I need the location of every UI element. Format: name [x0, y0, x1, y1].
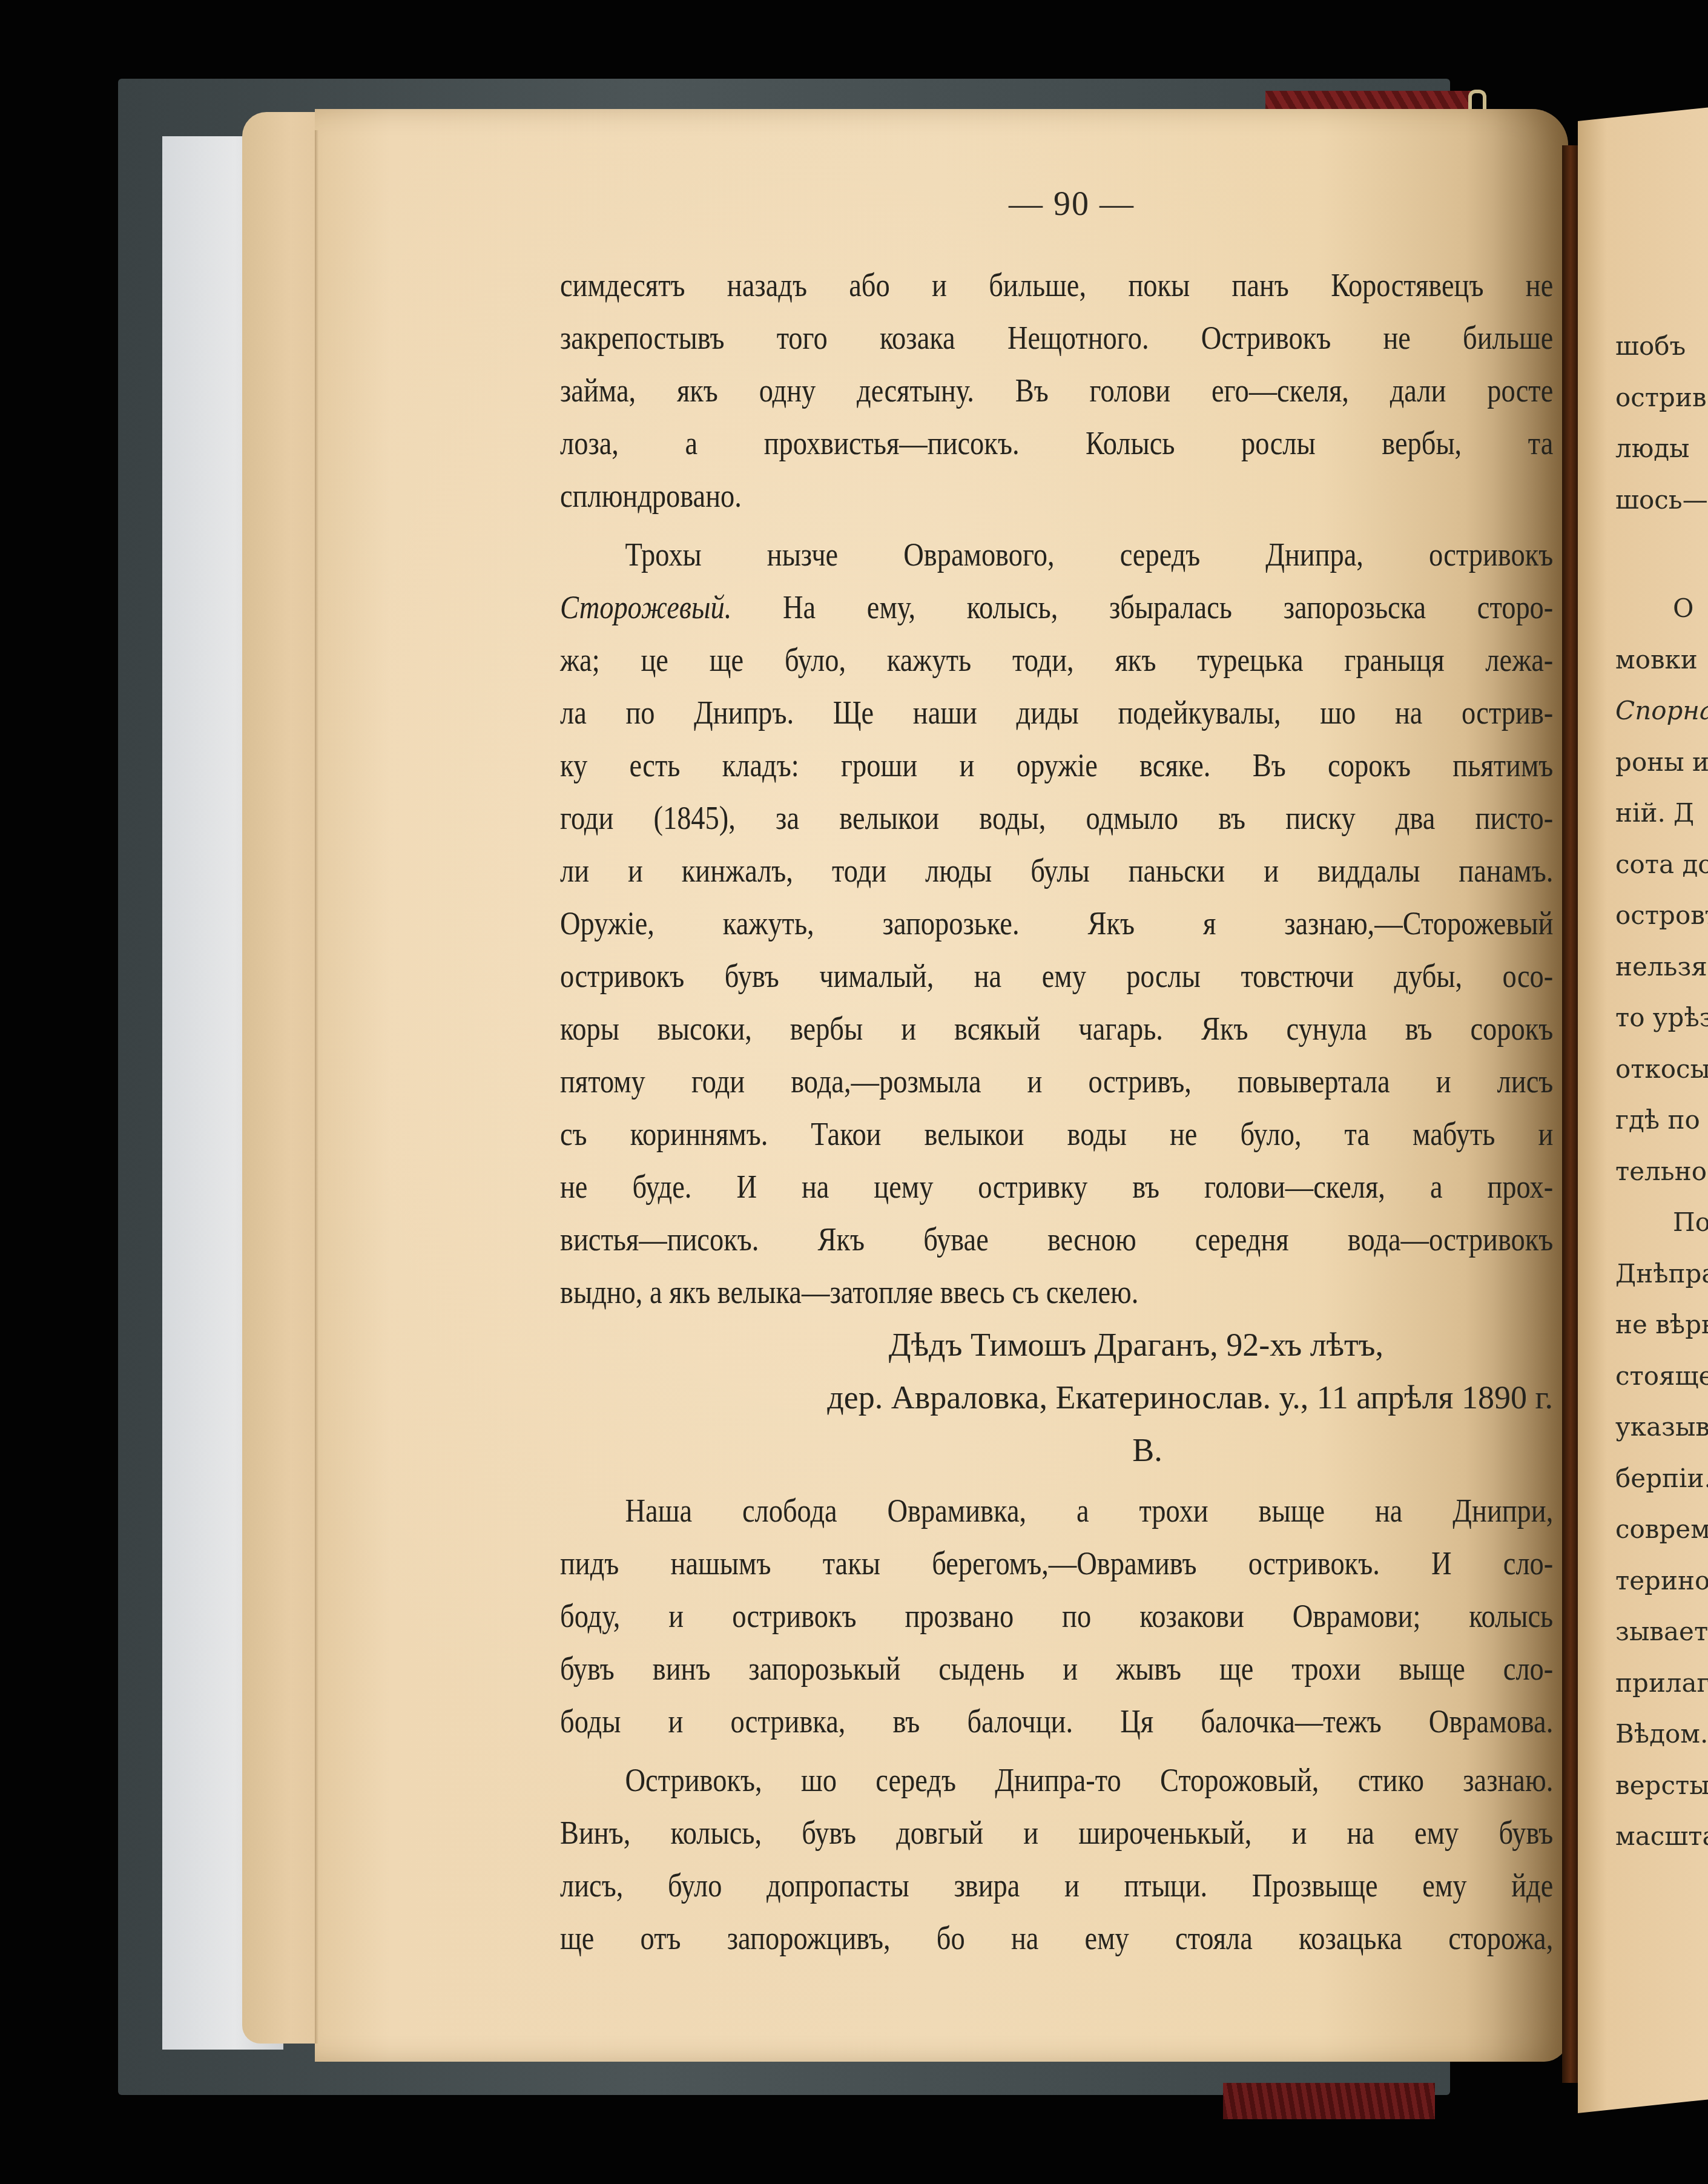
text-line: жа; це ще було, кажуть тоди, якъ турецьк… — [560, 634, 1553, 687]
fragment-line: откосы. — [1615, 1044, 1708, 1095]
fragment-line: гдѣ по — [1615, 1095, 1708, 1146]
text-line: не буде. И на цему остривку въ голови—ск… — [560, 1161, 1553, 1213]
fragment-line: островъ — [1615, 890, 1708, 942]
text-line: остривокъ бувъ чималый, на ему рослы тов… — [560, 950, 1553, 1003]
fragment-line: ній. Д — [1615, 788, 1708, 839]
fragment-line: версты, — [1615, 1760, 1708, 1812]
fragment-line: теринос — [1615, 1556, 1708, 1607]
section-heading: В. — [560, 1424, 1553, 1485]
paragraph-1: симдесятъ назадъ або и бильше, покы панъ… — [560, 259, 1553, 523]
paragraph-3: Наша слобода Оврамивка, а трохи выще на … — [560, 1485, 1553, 1748]
page-number: — 90 — — [981, 185, 1162, 223]
fragment-line: зываетъ — [1615, 1606, 1708, 1658]
spine-binding-bottom — [1223, 2083, 1435, 2119]
fragment-line: берпіи. — [1615, 1453, 1708, 1505]
fragment-line: сота до — [1615, 839, 1708, 891]
attribution-name: Дѣдъ Тимошъ Драганъ, 92-хъ лѣтъ, — [560, 1319, 1553, 1371]
text-line: лисъ, було допропасты звира и птыци. Про… — [560, 1859, 1553, 1912]
text-line: ла по Днипръ. Ще наши диды подейкувалы, … — [560, 687, 1553, 739]
fragment-line: стоящее — [1615, 1351, 1708, 1402]
text-line: боду, и остривокъ прозвано по козакови О… — [560, 1590, 1553, 1643]
text-line: симдесятъ назадъ або и бильше, покы панъ… — [560, 259, 1553, 312]
fragment-line: люды — [1615, 423, 1708, 475]
fragment-line: прилага — [1615, 1658, 1708, 1709]
fragment-line: нельзя — [1615, 942, 1708, 993]
text-line: ку есть кладъ: гроши и оружіе всяке. Въ … — [560, 739, 1553, 792]
fragment-line: то урѣз — [1615, 992, 1708, 1044]
paragraph-2: Трохы нызче Оврамового, середъ Днипра, о… — [560, 529, 1553, 1319]
text-line: годи (1845), за велыкои воды, одмыло въ … — [560, 792, 1553, 845]
text-line: бувъ винъ запорозькый сыдень и жывъ ще т… — [560, 1643, 1553, 1695]
fragment-line: масштаб — [1615, 1811, 1708, 1862]
fragment-line: По — [1615, 1197, 1708, 1249]
text-line: лоза, а прохвистья—писокъ. Колысь рослы … — [560, 417, 1553, 470]
text-line: пидъ нашымъ такы берегомъ,—Оврамивъ остр… — [560, 1537, 1553, 1590]
book-gutter — [1562, 145, 1579, 2083]
text-line: выдно, а якъ велыка—затопляе ввесь съ ск… — [560, 1266, 1553, 1319]
paragraph-4: Остривокъ, шо середъ Днипра-то Сторожовы… — [560, 1754, 1553, 1965]
fragment-line: шобъ — [1615, 321, 1708, 372]
fragment-line: тельнос — [1615, 1146, 1708, 1198]
fragment-line: острив — [1615, 372, 1708, 424]
page-text: симдесятъ назадъ або и бильше, покы панъ… — [560, 259, 1553, 1965]
text-line: боды и остривка, въ балочци. Ця балочка—… — [560, 1695, 1553, 1748]
text-line: вистья—писокъ. Якъ бувае весною середня … — [560, 1213, 1553, 1266]
text-line: Трохы нызче Оврамового, середъ Днипра, о… — [560, 529, 1553, 581]
text-line: пятому годи вода,—розмыла и остривъ, пов… — [560, 1055, 1553, 1108]
text-line: Винъ, колысь, бувъ довгый и широченькый,… — [560, 1807, 1553, 1859]
text-line-italic-start: Сторожевый. На ему, колысь, збыралась за… — [560, 581, 1553, 634]
fragment-line: совреме — [1615, 1504, 1708, 1556]
attribution-place-date: дер. Авраловка, Екатеринослав. у., 11 ап… — [560, 1371, 1553, 1424]
right-page-text-fragments: шобъ острив люды шось— О мовки Спорна ро… — [1615, 321, 1708, 1862]
fragment-line: указыва — [1615, 1402, 1708, 1453]
text-line: съ кориннямъ. Такои велыкои воды не було… — [560, 1108, 1553, 1161]
fragment-line: не вѣрн — [1615, 1299, 1708, 1351]
fragment-line: О — [1615, 583, 1708, 635]
fragment-line: Вѣдом. — [1615, 1709, 1708, 1760]
fragment-line: Спорна — [1615, 685, 1708, 737]
fragment-gap — [1615, 526, 1708, 583]
fragment-line: мовки — [1615, 635, 1708, 686]
fragment-line: шось— — [1615, 475, 1708, 526]
text-line: коры высоки, вербы и всякый чагарь. Якъ … — [560, 1003, 1553, 1055]
text-line: ще отъ запорожцивъ, бо на ему стояла коз… — [560, 1912, 1553, 1965]
text-line: займа, якъ одну десятыну. Въ голови его—… — [560, 365, 1553, 417]
fragment-line: роны и — [1615, 737, 1708, 788]
text-line: Остривокъ, шо середъ Днипра-то Сторожовы… — [560, 1754, 1553, 1807]
text-line: Наша слобода Оврамивка, а трохи выще на … — [560, 1485, 1553, 1537]
italic-term: Сторожевый. — [560, 589, 731, 625]
page-fold — [315, 130, 318, 2044]
text-line: ли и кинжалъ, тоди люды булы паньски и в… — [560, 845, 1553, 897]
fragment-line: Днѣпра — [1615, 1249, 1708, 1300]
text-line: сплюндровано. — [560, 470, 1553, 523]
text-line: Оружіе, кажуть, запорозьке. Якъ я зазнаю… — [560, 897, 1553, 950]
text-line: закрепостывъ того козака Нещотного. Остр… — [560, 312, 1553, 365]
